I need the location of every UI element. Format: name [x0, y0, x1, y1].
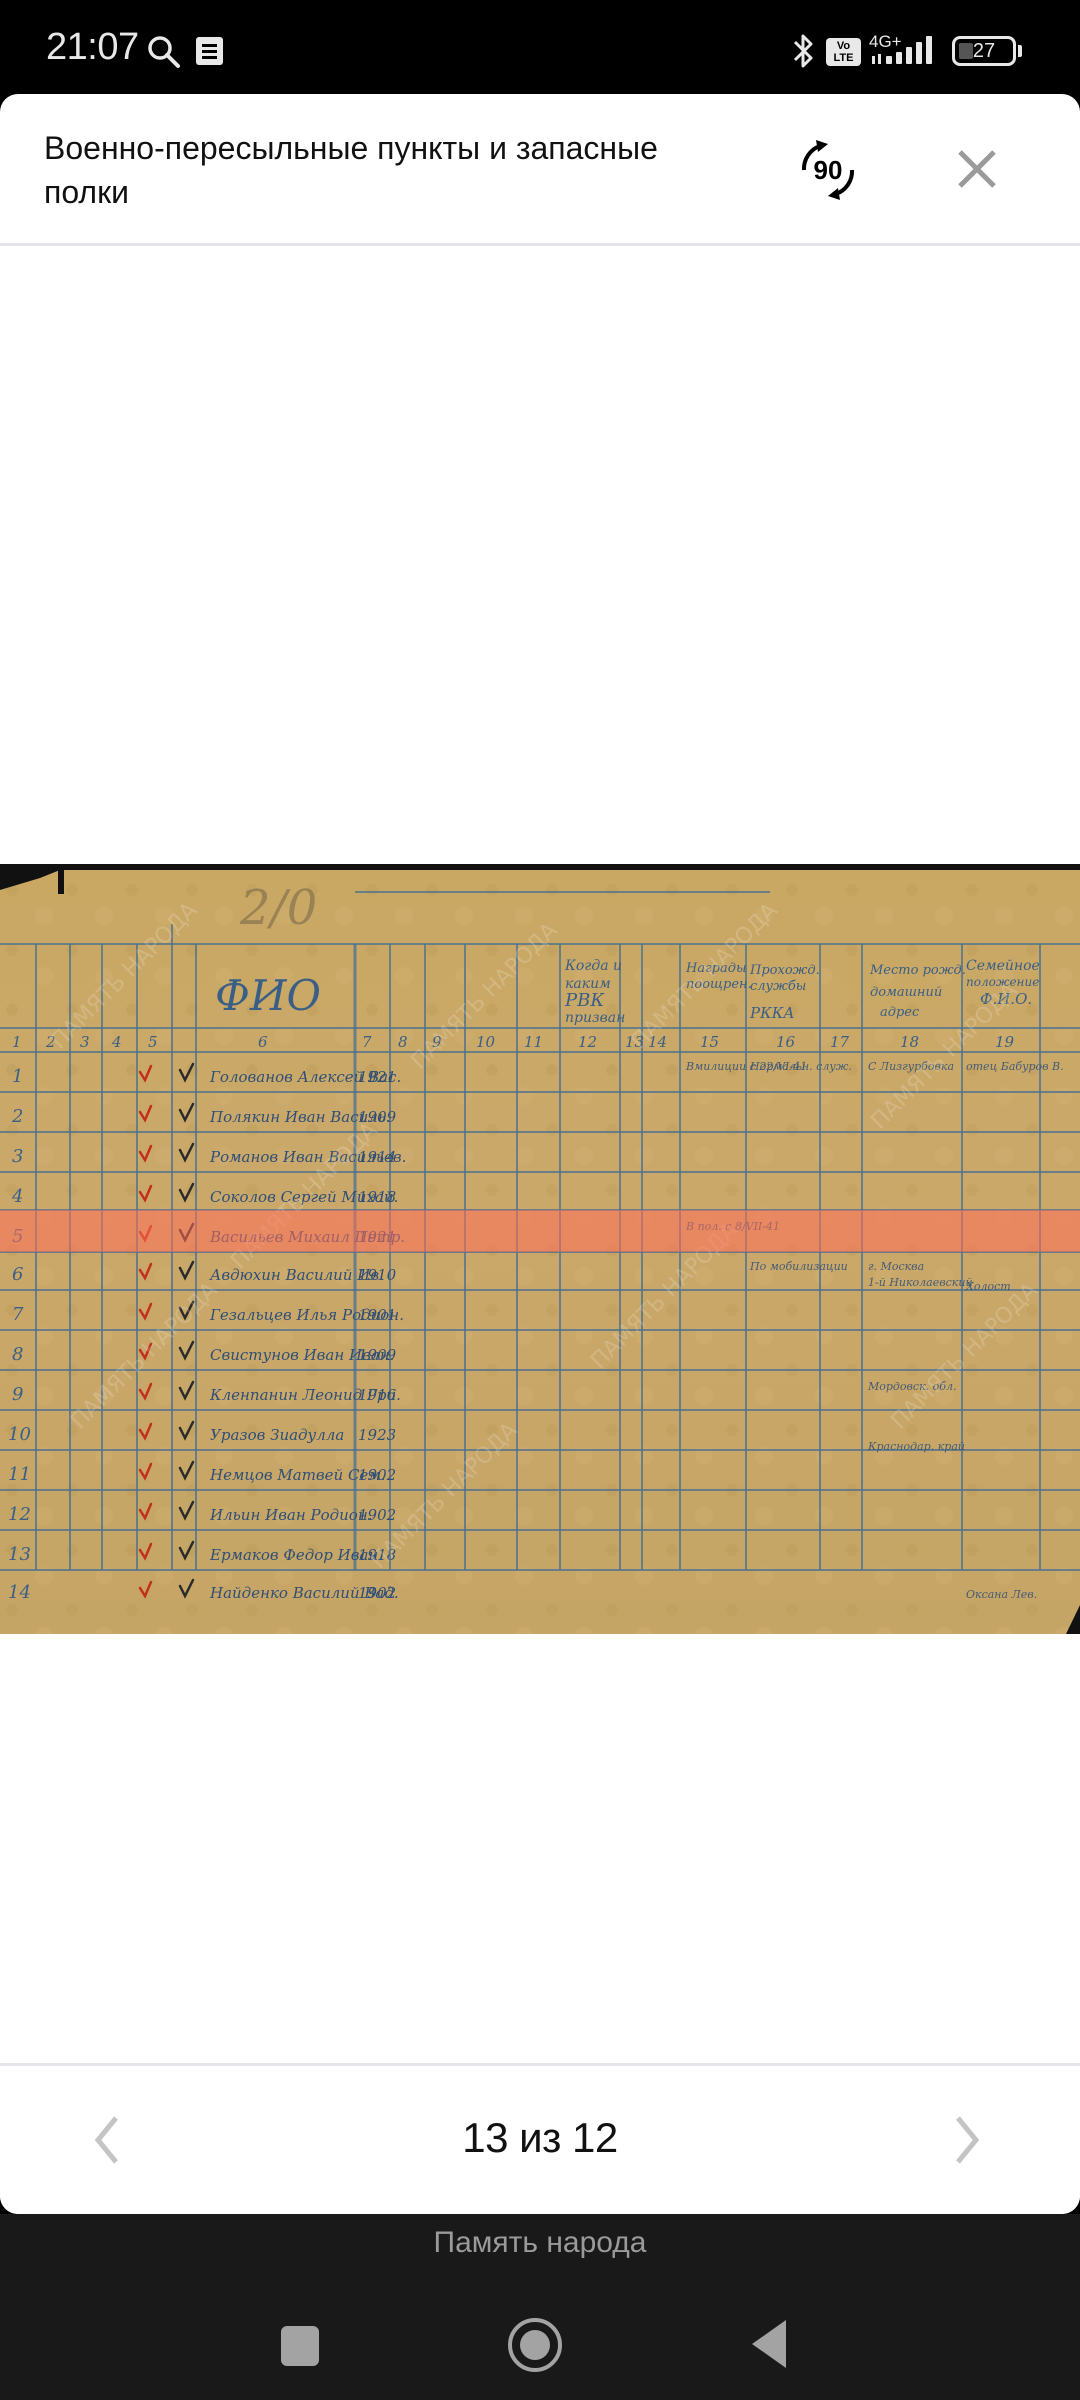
- svg-text:12: 12: [578, 1033, 597, 1051]
- svg-text:1909: 1909: [358, 1346, 397, 1364]
- svg-text:РВК: РВК: [564, 990, 605, 1011]
- rotate-button[interactable]: 90: [790, 132, 866, 208]
- document-table-grid: ФИО 2/0 Когда и каким РВК призван Наград…: [0, 870, 1080, 1634]
- rotate-90-icon: 90: [790, 132, 866, 208]
- svg-text:г. Москва: г. Москва: [868, 1260, 924, 1273]
- svg-text:РККА: РККА: [749, 1004, 795, 1022]
- next-page-button[interactable]: [948, 2110, 988, 2170]
- recents-button[interactable]: [281, 2326, 319, 2366]
- bluetooth-icon: [791, 32, 817, 70]
- status-bar: 21:07 Vo LTE 4G+ 27: [0, 0, 1080, 94]
- page-counter: 13 из 12: [0, 2114, 1080, 2162]
- svg-text:1923: 1923: [358, 1426, 396, 1444]
- svg-text:адрес: адрес: [880, 1005, 920, 1020]
- image-viewer[interactable]: ФИО 2/0 Когда и каким РВК призван Наград…: [0, 249, 1080, 2157]
- home-icon: [520, 2330, 550, 2360]
- svg-text:17: 17: [830, 1033, 850, 1051]
- svg-text:10: 10: [8, 1424, 31, 1445]
- svg-text:Краснодар. край: Краснодар. край: [867, 1440, 965, 1453]
- svg-text:9: 9: [12, 1384, 23, 1405]
- page-title: Военно-пересыльные пункты и запасные пол…: [44, 126, 724, 214]
- svg-text:8: 8: [398, 1033, 408, 1051]
- notes-icon: [196, 37, 223, 65]
- svg-text:По мобилизации: По мобилизации: [749, 1260, 848, 1273]
- svg-text:службы: службы: [750, 979, 806, 994]
- svg-text:11: 11: [524, 1033, 543, 1051]
- svg-text:2: 2: [11, 1106, 23, 1127]
- svg-text:1-й Николаевский: 1-й Николаевский: [868, 1276, 973, 1289]
- svg-text:10: 10: [476, 1033, 496, 1051]
- svg-text:домашний: домашний: [870, 985, 942, 1000]
- svg-text:1902: 1902: [358, 1506, 396, 1524]
- svg-text:Уразов Зиадулла: Уразов Зиадулла: [210, 1426, 344, 1444]
- svg-text:1: 1: [12, 1033, 22, 1051]
- signal-icon: [870, 36, 938, 66]
- svg-text:11: 11: [8, 1464, 31, 1485]
- close-button[interactable]: [952, 144, 1002, 194]
- search-icon: [146, 34, 182, 70]
- svg-text:16: 16: [776, 1033, 796, 1051]
- back-button[interactable]: [752, 2320, 786, 2368]
- status-icons: Vo LTE 4G+ 27: [700, 0, 1080, 94]
- svg-text:Прохожд.: Прохожд.: [749, 963, 820, 978]
- app-name: Память народа: [0, 2226, 1080, 2260]
- svg-text:Ермаков Федор Иван.: Ермаков Федор Иван.: [209, 1546, 383, 1564]
- svg-text:1902: 1902: [358, 1466, 396, 1484]
- svg-text:призван: призван: [565, 1010, 625, 1026]
- svg-text:4: 4: [11, 1186, 23, 1207]
- svg-text:4: 4: [111, 1033, 122, 1051]
- home-button[interactable]: [508, 2318, 562, 2372]
- system-bottom-area: Память народа: [0, 2214, 1080, 2400]
- svg-text:1: 1: [12, 1066, 23, 1087]
- archival-document-image[interactable]: ФИО 2/0 Когда и каким РВК призван Наград…: [0, 864, 1080, 1634]
- svg-text:отец Бабуров В.: отец Бабуров В.: [966, 1060, 1064, 1073]
- viewer-header: Военно-пересыльные пункты и запасные пол…: [0, 94, 1080, 246]
- volte-icon: Vo LTE: [826, 38, 861, 66]
- svg-text:1916: 1916: [358, 1386, 397, 1404]
- chevron-right-icon: [948, 2110, 988, 2170]
- svg-text:1901: 1901: [358, 1306, 396, 1324]
- svg-text:1910: 1910: [358, 1266, 397, 1284]
- svg-text:1902: 1902: [358, 1584, 396, 1602]
- svg-text:8: 8: [12, 1344, 23, 1365]
- battery-level: 27: [955, 39, 1013, 63]
- svg-text:1921: 1921: [358, 1068, 396, 1086]
- svg-text:1918: 1918: [358, 1188, 396, 1206]
- svg-text:7: 7: [362, 1033, 372, 1051]
- status-time: 21:07: [46, 26, 139, 69]
- svg-text:2/0: 2/0: [239, 880, 317, 936]
- svg-text:ФИО: ФИО: [215, 971, 321, 1020]
- svg-text:5: 5: [148, 1033, 158, 1051]
- svg-text:Ильин Иван Родион.: Ильин Иван Родион.: [209, 1506, 372, 1524]
- viewer-footer: 13 из 12: [0, 2063, 1080, 2214]
- document-viewer-card: Военно-пересыльные пункты и запасные пол…: [0, 94, 1080, 2214]
- svg-text:Место рожд.: Место рожд.: [869, 963, 966, 978]
- svg-text:3: 3: [12, 1146, 23, 1167]
- svg-text:13: 13: [8, 1544, 31, 1565]
- battery-icon: 27: [952, 36, 1016, 66]
- svg-text:6: 6: [258, 1033, 268, 1051]
- svg-text:90: 90: [814, 155, 843, 185]
- svg-text:Оксана Лев.: Оксана Лев.: [966, 1588, 1037, 1601]
- svg-text:Когда и: Когда и: [564, 958, 622, 974]
- battery-tip: [1018, 45, 1022, 57]
- svg-text:19: 19: [995, 1033, 1015, 1051]
- svg-text:6: 6: [12, 1264, 23, 1285]
- svg-text:12: 12: [8, 1504, 31, 1525]
- svg-text:14: 14: [8, 1582, 31, 1603]
- highlighted-row: [0, 1210, 1080, 1252]
- svg-text:Нормальн. служ.: Нормальн. служ.: [749, 1060, 852, 1073]
- svg-text:Холост: Холост: [965, 1280, 1011, 1293]
- svg-text:15: 15: [700, 1033, 719, 1051]
- svg-text:Семейное: Семейное: [966, 958, 1040, 974]
- svg-text:7: 7: [12, 1304, 24, 1325]
- close-icon: [952, 144, 1002, 194]
- svg-text:18: 18: [900, 1033, 919, 1051]
